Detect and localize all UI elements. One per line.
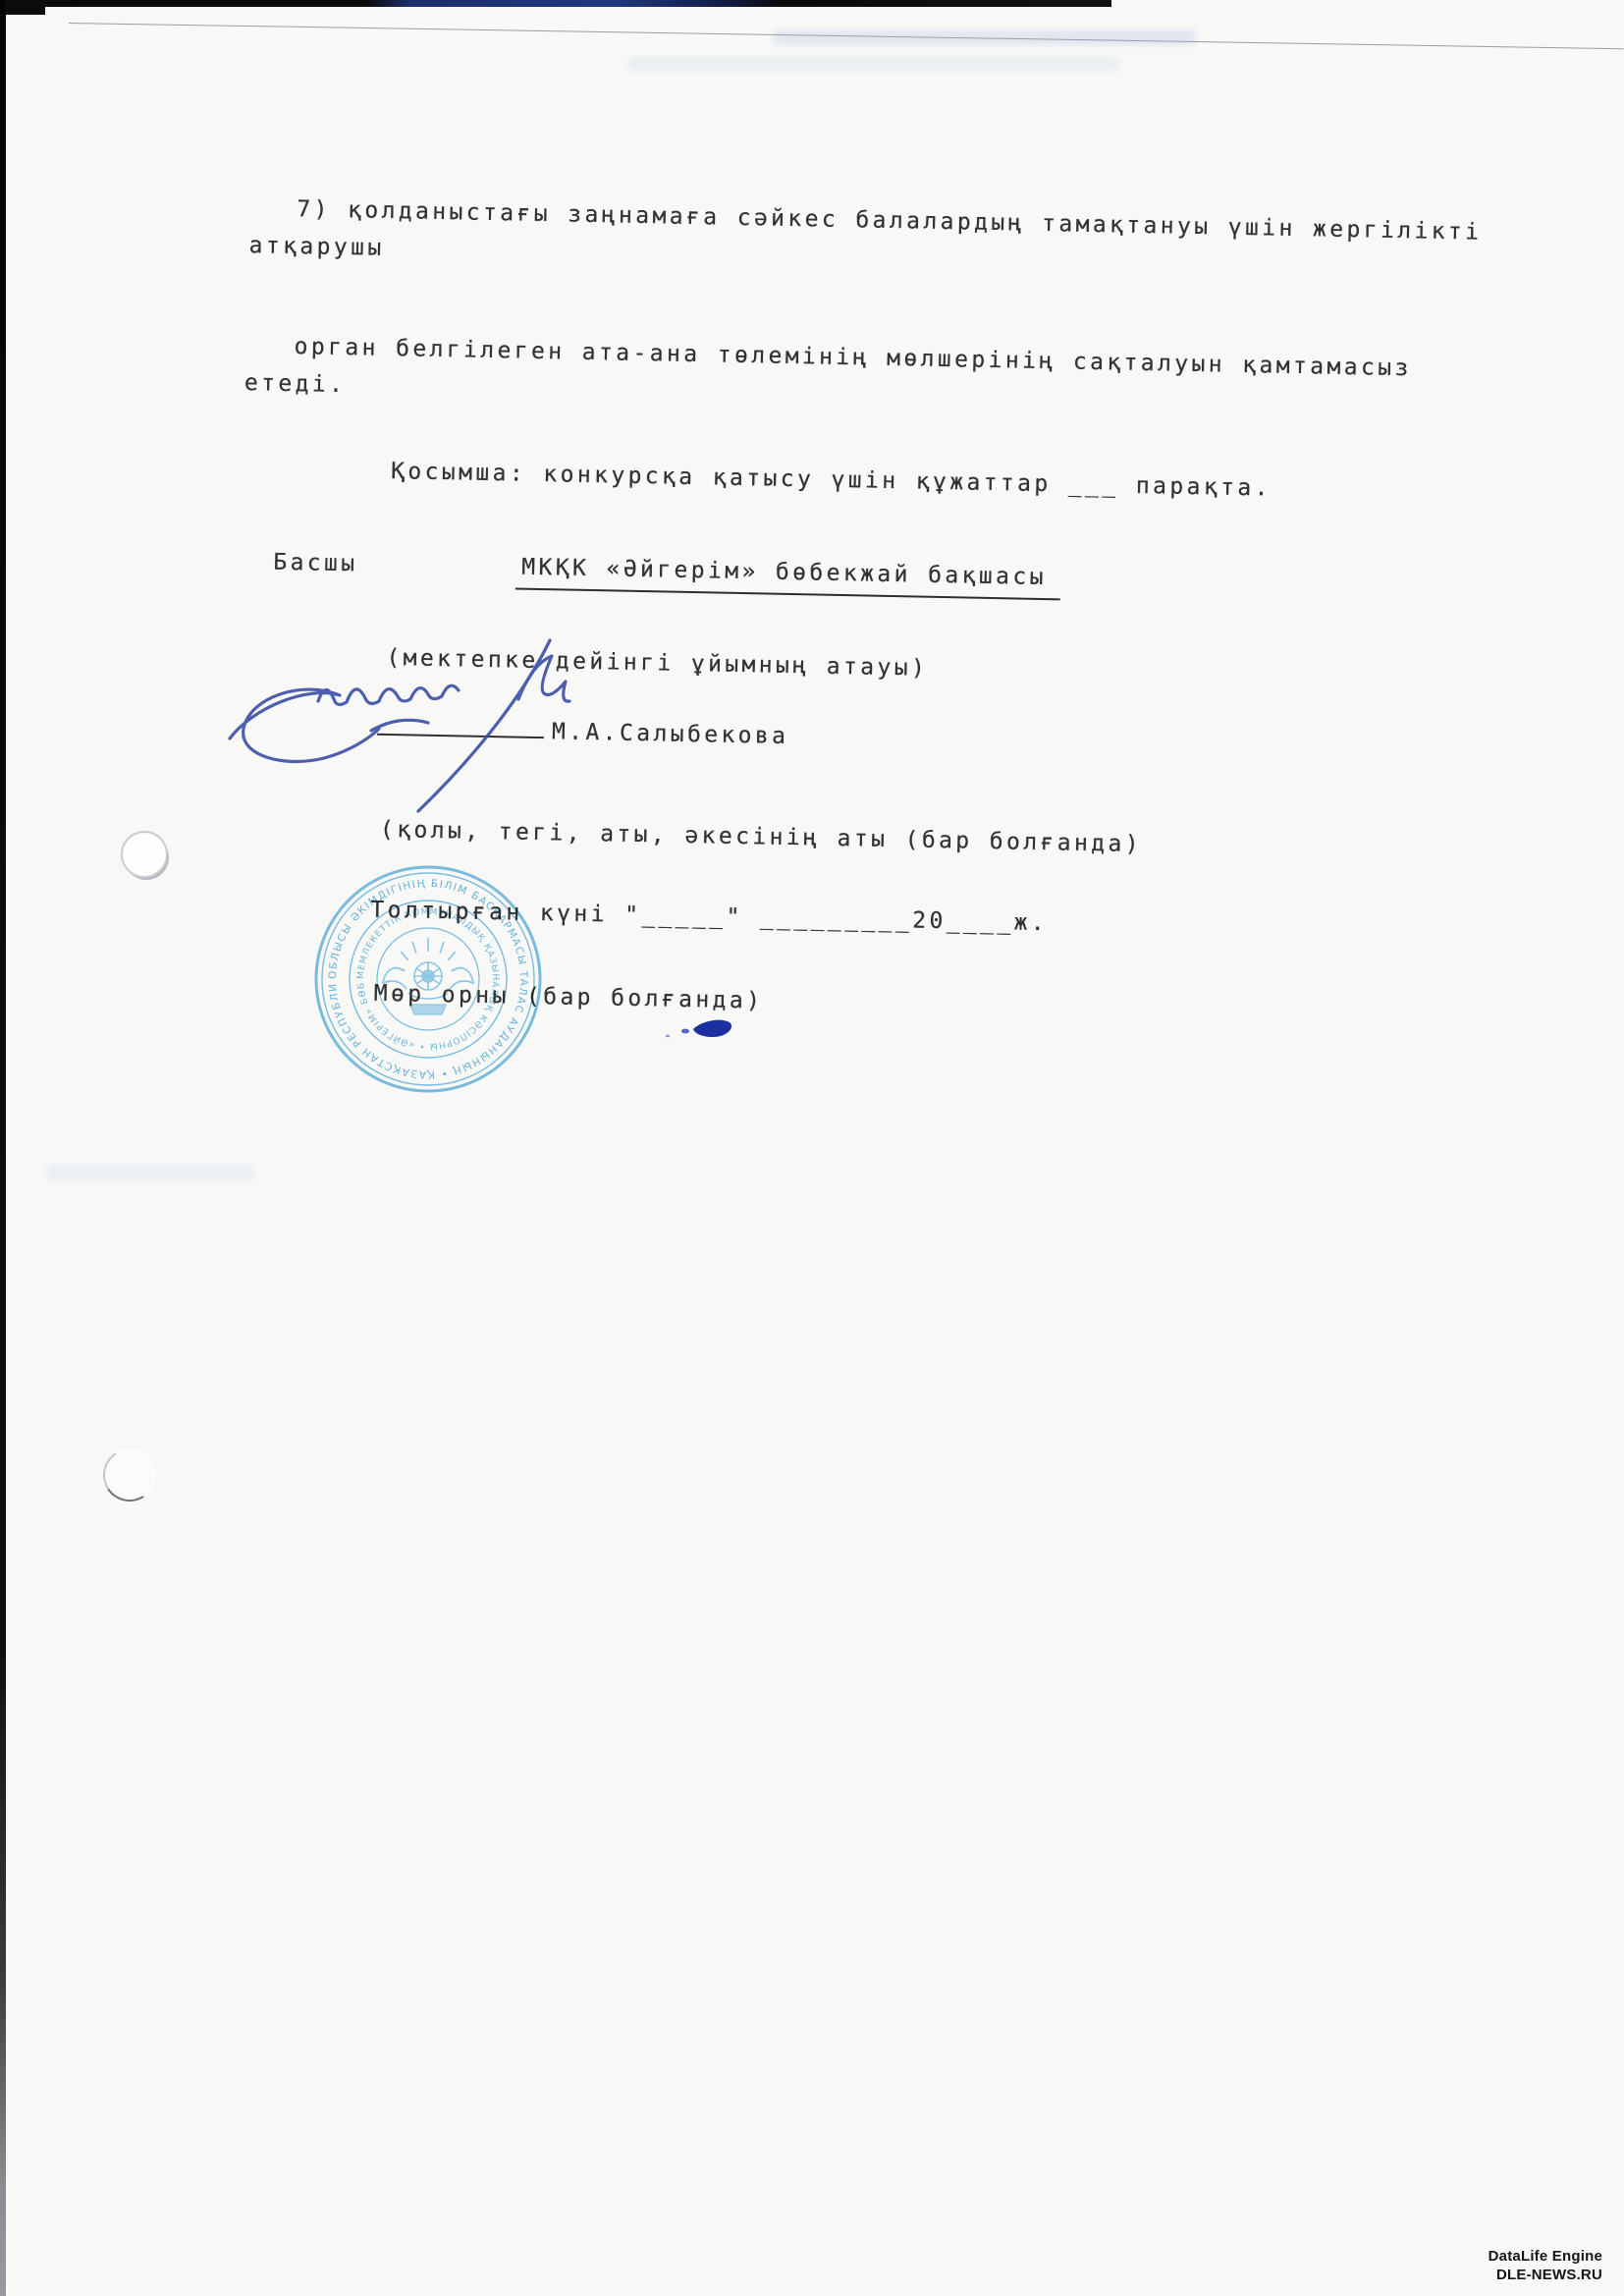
handwritten-signature xyxy=(224,636,577,813)
attachment-line: Қосымша: конкурсқа қатысу үшін құжаттар … xyxy=(391,453,1272,508)
watermark-line1: DataLife Engine xyxy=(1489,2247,1602,2266)
signature-caption: (қолы, тегі, аты, әкесінің аты (бар болғ… xyxy=(380,811,1143,863)
punch-hole xyxy=(121,831,168,878)
scanned-document-page: { "document": { "paragraph_7_line1": "7)… xyxy=(0,0,1624,2296)
paragraph-7-line1: 7) қолданыстағы заңнамаға сәйкес балалар… xyxy=(297,191,1483,251)
scan-left-border xyxy=(0,0,6,2296)
scan-top-left-corner xyxy=(0,0,45,15)
watermark-line2: DLE-NEWS.RU xyxy=(1489,2266,1602,2284)
organization-name: МКҚК «Әйгерім» бөбекжай бақшасы xyxy=(515,548,1060,600)
head-label: Басшы xyxy=(273,544,358,583)
bleed-through-artifact xyxy=(774,29,1196,45)
site-watermark: DataLife Engine DLE-NEWS.RU xyxy=(1489,2247,1602,2284)
paragraph-organ-line1: орган белгілеген ата-ана төлемінің мөлше… xyxy=(294,328,1412,387)
stamp-emblem xyxy=(383,938,473,1014)
punch-hole xyxy=(98,1444,161,1506)
bleed-through-artifact xyxy=(628,57,1119,71)
paragraph-7-line2: атқарушы xyxy=(248,227,385,267)
ink-blot xyxy=(656,1011,744,1051)
signer-name: М.А.Салыбекова xyxy=(552,719,789,749)
paragraph-organ-line2: етеді. xyxy=(244,364,347,404)
bleed-through-artifact xyxy=(47,1165,253,1180)
scan-top-border xyxy=(0,0,1111,7)
official-stamp: ОБЛЫСЫ ӘКІМДІГІНІҢ БІЛІМ БАСҚАРМАСЫ ТАЛА… xyxy=(310,861,546,1097)
